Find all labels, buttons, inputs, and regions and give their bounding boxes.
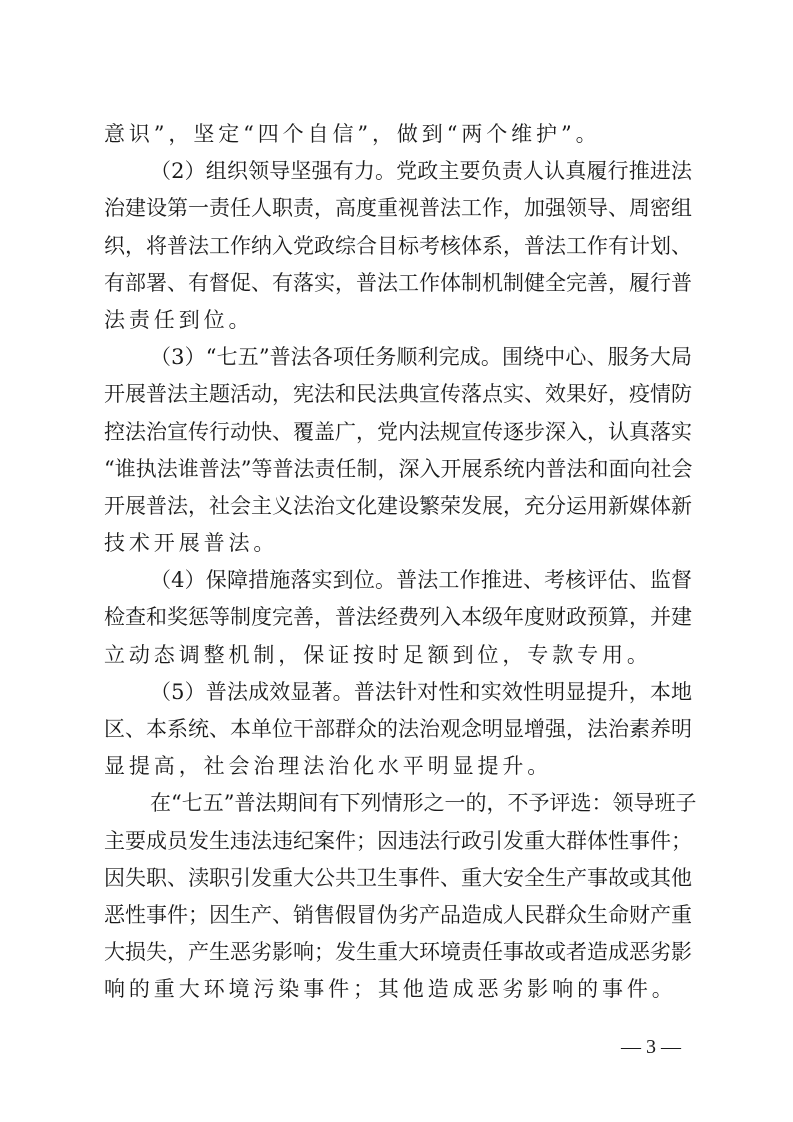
text-line: 立动态调整机制，保证按时足额到位，专款专用。 [104,637,692,674]
text-line: （5）普法成效显著。普法针对性和实效性明显提升，本地 [104,674,692,711]
text-line: 恶性事件；因生产、销售假冒伪劣产品造成人民群众生命财产重 [104,897,692,934]
text-line: 织，将普法工作纳入党政综合目标考核体系，普法工作有计划、 [104,228,692,265]
text-line: 有部署、有督促、有落实，普法工作体制机制健全完善，履行普 [104,265,692,302]
paragraph-exclusion-criteria: 在“七五”普法期间有下列情形之一的，不予评选：领导班子 主要成员发生违法违纪案件… [104,785,692,1008]
paragraph-item-5-results: （5）普法成效显著。普法针对性和实效性明显提升，本地 区、本系统、本单位干部群众… [104,674,692,786]
text-line: 治建设第一责任人职责，高度重视普法工作，加强领导、周密组 [104,190,692,227]
text-line: 显提高，社会治理法治化水平明显提升。 [104,748,692,785]
text-line: 技术开展普法。 [104,525,692,562]
text-line: 因失职、渎职引发重大公共卫生事件、重大安全生产事故或其他 [104,860,692,897]
text-line: （3）“七五”普法各项任务顺利完成。围绕中心、服务大局 [104,339,692,376]
text-line: 检查和奖惩等制度完善，普法经费列入本级年度财政预算，并建 [104,599,692,636]
page-number: — 3 — [621,1033,681,1061]
text-line: 区、本系统、本单位干部群众的法治观念明显增强，法治素养明 [104,711,692,748]
text-line: 意识”，坚定“四个自信”，做到“两个维护”。 [104,116,692,153]
text-line: 在“七五”普法期间有下列情形之一的，不予评选：领导班子 [104,785,692,822]
paragraph-item-4-safeguards: （4）保障措施落实到位。普法工作推进、考核评估、监督 检查和奖惩等制度完善，普法… [104,562,692,674]
text-line: 控法治宣传行动快、覆盖广，党内法规宣传逐步深入，认真落实 [104,414,692,451]
text-line: 主要成员发生违法违纪案件；因违法行政引发重大群体性事件； [104,823,692,860]
text-line: 大损失，产生恶劣影响；发生重大环境责任事故或者造成恶劣影 [104,934,692,971]
text-line: “谁执法谁普法”等普法责任制，深入开展系统内普法和面向社会 [104,451,692,488]
paragraph-item-3-tasks-completed: （3）“七五”普法各项任务顺利完成。围绕中心、服务大局 开展普法主题活动，宪法和… [104,339,692,562]
paragraph-item-2-organization-leadership: （2）组织领导坚强有力。党政主要负责人认真履行推进法 治建设第一责任人职责，高度… [104,153,692,339]
text-line: （2）组织领导坚强有力。党政主要负责人认真履行推进法 [104,153,692,190]
text-line: （4）保障措施落实到位。普法工作推进、考核评估、监督 [104,562,692,599]
text-line: 响的重大环境污染事件；其他造成恶劣影响的事件。 [104,971,692,1008]
document-page: 意识”，坚定“四个自信”，做到“两个维护”。 （2）组织领导坚强有力。党政主要负… [104,116,692,1009]
text-line: 法责任到位。 [104,302,692,339]
text-line: 开展普法，社会主义法治文化建设繁荣发展，充分运用新媒体新 [104,488,692,525]
text-line: 开展普法主题活动，宪法和民法典宣传落点实、效果好，疫情防 [104,376,692,413]
paragraph-continuation: 意识”，坚定“四个自信”，做到“两个维护”。 [104,116,692,153]
